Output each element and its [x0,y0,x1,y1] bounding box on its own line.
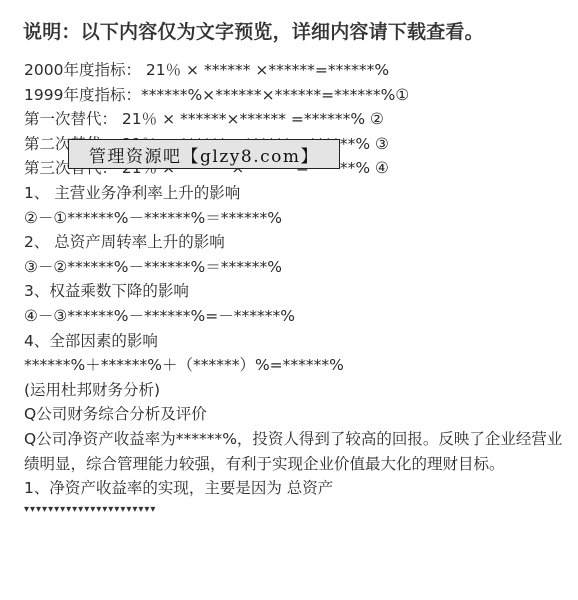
roe-reason-line: 1、净资产收益率的实现，主要是因为 总资产 [24,476,569,501]
heading-all-factors: 4、全部因素的影响 [24,329,569,354]
preview-notice: 说明：以下内容仅为文字预览，详细内容请下载查看。 [23,17,484,44]
document-body: 2000年度指标： 21％ × ****** ×******=******% 1… [24,58,569,519]
note-dupont-analysis: (运用杜邦财务分析) [24,378,569,403]
section-title-evaluation: Q公司财务综合分析及评价 [24,402,569,427]
heading-equity-multiplier: 3、权益乘数下降的影响 [24,279,569,304]
heading-asset-turnover: 2、 总资产周转率上升的影响 [24,230,569,255]
watermark-banner: 管理资源吧【glzy8.com】 [68,139,340,169]
line-2000-indicator: 2000年度指标： 21％ × ****** ×******=******% [24,58,569,83]
formula-equity-multiplier: ④－③******%－******%=－******% [24,304,569,329]
truncation-ellipsis: ▾▾▾▾▾▾▾▾▾▾▾▾▾▾▾▾▾▾▾▾▾▾ [24,501,569,519]
line-first-substitution: 第一次替代： 21％ × ******×****** =******% ② [24,107,569,132]
formula-net-profit-margin: ②－①******%－******%＝******% [24,206,569,231]
formula-asset-turnover: ③－②******%－******%＝******% [24,255,569,280]
line-1999-indicator: 1999年度指标：******%×******×******=******%① [24,83,569,108]
formula-all-factors: ******%＋******%＋（******）%=******% [24,353,569,378]
heading-net-profit-margin: 1、 主营业务净利率上升的影响 [24,181,569,206]
evaluation-paragraph: Q公司净资产收益率为******%，投资人得到了较高的回报。反映了企业经营业绩明… [24,427,569,476]
